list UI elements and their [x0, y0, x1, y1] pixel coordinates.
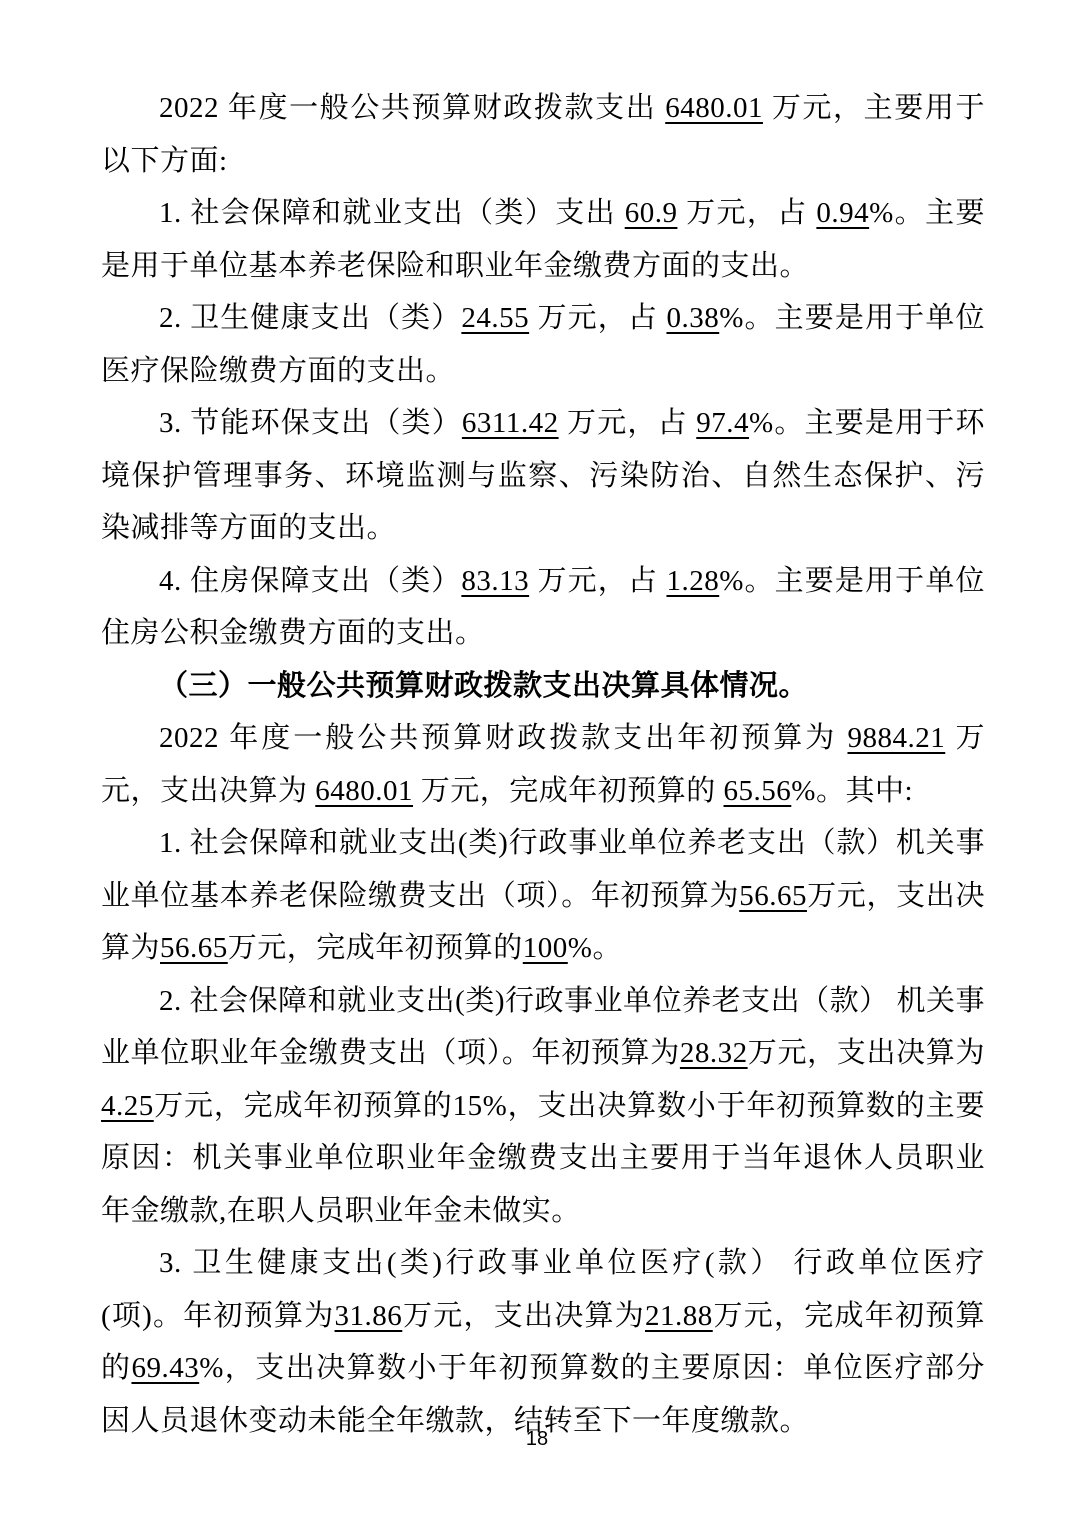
paragraph: 3. 卫生健康支出(类)行政事业单位医疗(款） 行政单位医疗(项)。年初预算为3… [101, 1237, 985, 1447]
underlined-value: 4.25 [101, 1090, 154, 1122]
document-page: 2022 年度一般公共预算财政拨款支出 6480.01 万元，主要用于以下方面:… [0, 0, 1074, 1520]
paragraph: 1. 社会保障和就业支出(类)行政事业单位养老支出（款）机关事业单位基本养老保险… [101, 817, 985, 975]
underlined-value: 28.32 [680, 1037, 748, 1069]
text-run: 万元，完成年初预算的 [413, 775, 724, 807]
underlined-value: 60.9 [625, 197, 678, 229]
text-run: 1. 社会保障和就业支出（类）支出 [159, 197, 625, 229]
text-run: 万元，完成年初预算的15%，支出决算数小于年初预算数的主要原因：机关事业单位职业… [101, 1090, 985, 1227]
text-run: 万元，占 [677, 197, 816, 229]
text-run: 2022 年度一般公共预算财政拨款支出年初预算为 [159, 722, 847, 754]
text-run: 4. 住房保障支出（类） [159, 565, 461, 597]
page-number: 18 [0, 1428, 1074, 1451]
underlined-value: 56.65 [739, 880, 807, 912]
text-run: 万元，占 [559, 407, 697, 439]
underlined-value: 1.28 [666, 565, 719, 597]
text-run: 万元，占 [529, 302, 666, 334]
paragraph: 4. 住房保障支出（类）83.13 万元，占 1.28%。主要是用于单位住房公积… [101, 555, 985, 660]
underlined-value: 6311.42 [462, 407, 559, 439]
text-run: %，支出决算数小于年初预算数的主要原因：单位医疗部分因人员退休变动未能全年缴款，… [101, 1352, 985, 1437]
text-run: 2022 年度一般公共预算财政拨款支出 [159, 92, 665, 124]
underlined-value: 21.88 [645, 1300, 713, 1332]
text-run: 万元，完成年初预算的 [228, 932, 523, 964]
underlined-value: 69.43 [131, 1352, 199, 1384]
text-run: （三）一般公共预算财政拨款支出决算具体情况。 [159, 670, 808, 702]
underlined-value: 6480.01 [315, 775, 413, 807]
underlined-value: 100 [523, 932, 568, 964]
text-run: %。 [568, 932, 622, 964]
document-body: 2022 年度一般公共预算财政拨款支出 6480.01 万元，主要用于以下方面:… [101, 82, 985, 1447]
text-run: 万元，支出决算为 [402, 1300, 645, 1332]
paragraph: 2022 年度一般公共预算财政拨款支出年初预算为 9884.21 万元，支出决算… [101, 712, 985, 817]
text-run: %。其中: [791, 775, 913, 807]
underlined-value: 83.13 [461, 565, 529, 597]
paragraph: 2. 卫生健康支出（类）24.55 万元，占 0.38%。主要是用于单位医疗保险… [101, 292, 985, 397]
section-heading: （三）一般公共预算财政拨款支出决算具体情况。 [101, 660, 985, 713]
underlined-value: 0.94 [816, 197, 869, 229]
underlined-value: 97.4 [696, 407, 749, 439]
paragraph: 2. 社会保障和就业支出(类)行政事业单位养老支出（款） 机关事业单位职业年金缴… [101, 975, 985, 1238]
text-run: 万元，支出决算为 [748, 1037, 985, 1069]
text-run: 万元，占 [529, 565, 666, 597]
paragraph: 3. 节能环保支出（类）6311.42 万元，占 97.4%。主要是用于环境保护… [101, 397, 985, 555]
underlined-value: 9884.21 [847, 722, 945, 754]
underlined-value: 6480.01 [665, 92, 763, 124]
underlined-value: 31.86 [335, 1300, 403, 1332]
underlined-value: 56.65 [160, 932, 228, 964]
text-run: 2. 卫生健康支出（类） [159, 302, 461, 334]
paragraph: 1. 社会保障和就业支出（类）支出 60.9 万元，占 0.94%。主要是用于单… [101, 187, 985, 292]
text-run: 3. 节能环保支出（类） [159, 407, 462, 439]
underlined-value: 65.56 [724, 775, 792, 807]
underlined-value: 24.55 [461, 302, 529, 334]
underlined-value: 0.38 [666, 302, 719, 334]
paragraph: 2022 年度一般公共预算财政拨款支出 6480.01 万元，主要用于以下方面: [101, 82, 985, 187]
